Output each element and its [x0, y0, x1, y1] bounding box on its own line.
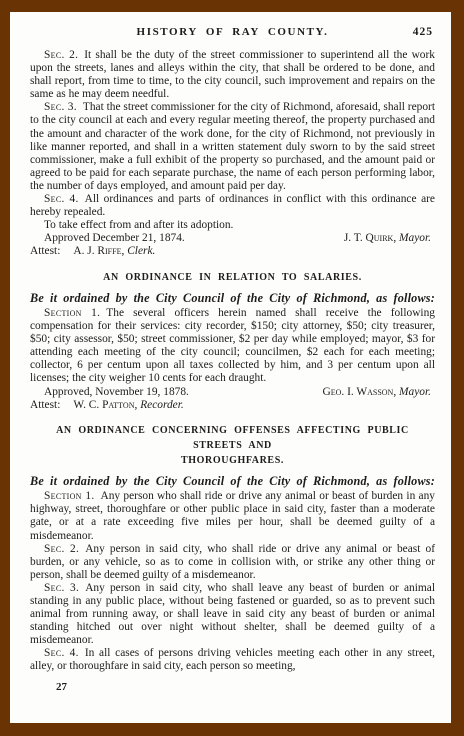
approved-date: Approved December 21, 1874. [44, 232, 185, 245]
signature-block: Geo. I. Wasson, Mayor. [322, 386, 431, 399]
ordinance-heading-offenses: AN ORDINANCE CONCERNING OFFENSES AFFECTI… [30, 423, 435, 468]
section-text: It shall be the duty of the street commi… [30, 49, 435, 100]
section-label: Sec. 3. [44, 101, 77, 113]
paragraph-salaries-section1: Section 1.The several officers herein na… [30, 307, 435, 386]
section-label: Sec. 4. [44, 193, 79, 205]
approval-row-salaries: Approved, November 19, 1878. Geo. I. Was… [30, 386, 435, 399]
attest-prefix: Attest: [30, 245, 60, 257]
section-label: Sec. 3. [44, 582, 79, 594]
paragraph-streets-sec4: Sec. 4.All ordinances and parts of ordin… [30, 193, 435, 219]
enactment-clause-salaries: Be it ordained by the City Council of th… [30, 291, 435, 306]
paragraph-effect-clause: To take effect from and after its adopti… [30, 219, 435, 232]
heading-line-1: AN ORDINANCE CONCERNING OFFENSES AFFECTI… [30, 423, 435, 453]
approved-date: Approved, November 19, 1878. [44, 386, 189, 399]
paragraph-offenses-sec3: Sec. 3.Any person in said city, who shal… [30, 582, 435, 647]
paragraph-streets-sec2: Sec. 2.It shall be the duty of the stree… [30, 49, 435, 101]
page-content: HISTORY OF RAY COUNTY. 425 Sec. 2.It sha… [10, 12, 451, 723]
section-label: Sec. 4. [44, 647, 79, 659]
signer-name: J. T. Quirk, [344, 232, 396, 244]
paragraph-offenses-sec2: Sec. 2.Any person in said city, who shal… [30, 543, 435, 582]
section-text: Any person in said city, who shall leave… [30, 582, 435, 646]
paragraph-streets-sec3: Sec. 3.That the street commissioner for … [30, 101, 435, 193]
attest-title: Clerk. [127, 245, 155, 257]
signer-title: Mayor. [399, 386, 431, 398]
approval-row-streets: Approved December 21, 1874. J. T. Quirk,… [30, 232, 435, 245]
section-label: Section 1. [44, 307, 100, 319]
ordinance-heading-salaries: AN ORDINANCE IN RELATION TO SALARIES. [30, 270, 435, 285]
running-header: HISTORY OF RAY COUNTY. 425 [30, 26, 435, 41]
paragraph-offenses-section1: Section 1.Any person who shall ride or d… [30, 490, 435, 542]
attest-row-streets: Attest:A. J. Riffe, Clerk. [30, 245, 435, 258]
section-text: Any person in said city, who shall ride … [30, 543, 435, 581]
paragraph-offenses-sec4: Sec. 4.In all cases of persons driving v… [30, 647, 435, 673]
attest-name: A. J. Riffe, [73, 245, 124, 257]
signer-title: Mayor. [399, 232, 431, 244]
page-number-top: 425 [413, 26, 433, 38]
page-title: HISTORY OF RAY COUNTY. [30, 26, 435, 38]
book-page: HISTORY OF RAY COUNTY. 425 Sec. 2.It sha… [0, 0, 464, 736]
attest-prefix: Attest: [30, 399, 60, 411]
enactment-clause-offenses: Be it ordained by the City Council of th… [30, 474, 435, 489]
signer-name: Geo. I. Wasson, [322, 386, 396, 398]
section-label: Sec. 2. [44, 49, 78, 61]
section-text: In all cases of persons driving vehicles… [30, 647, 435, 672]
section-label: Section 1. [44, 490, 95, 502]
section-text: All ordinances and parts of ordinances i… [30, 193, 435, 218]
section-label: Sec. 2. [44, 543, 79, 555]
attest-title: Recorder. [140, 399, 184, 411]
signature-block: J. T. Quirk, Mayor. [344, 232, 431, 245]
folio-number: 27 [56, 681, 435, 693]
section-text: That the street commissioner for the cit… [30, 101, 435, 192]
attest-name: W. C. Patton, [73, 399, 137, 411]
attest-row-salaries: Attest:W. C. Patton, Recorder. [30, 399, 435, 412]
heading-line-2: THOROUGHFARES. [30, 453, 435, 468]
